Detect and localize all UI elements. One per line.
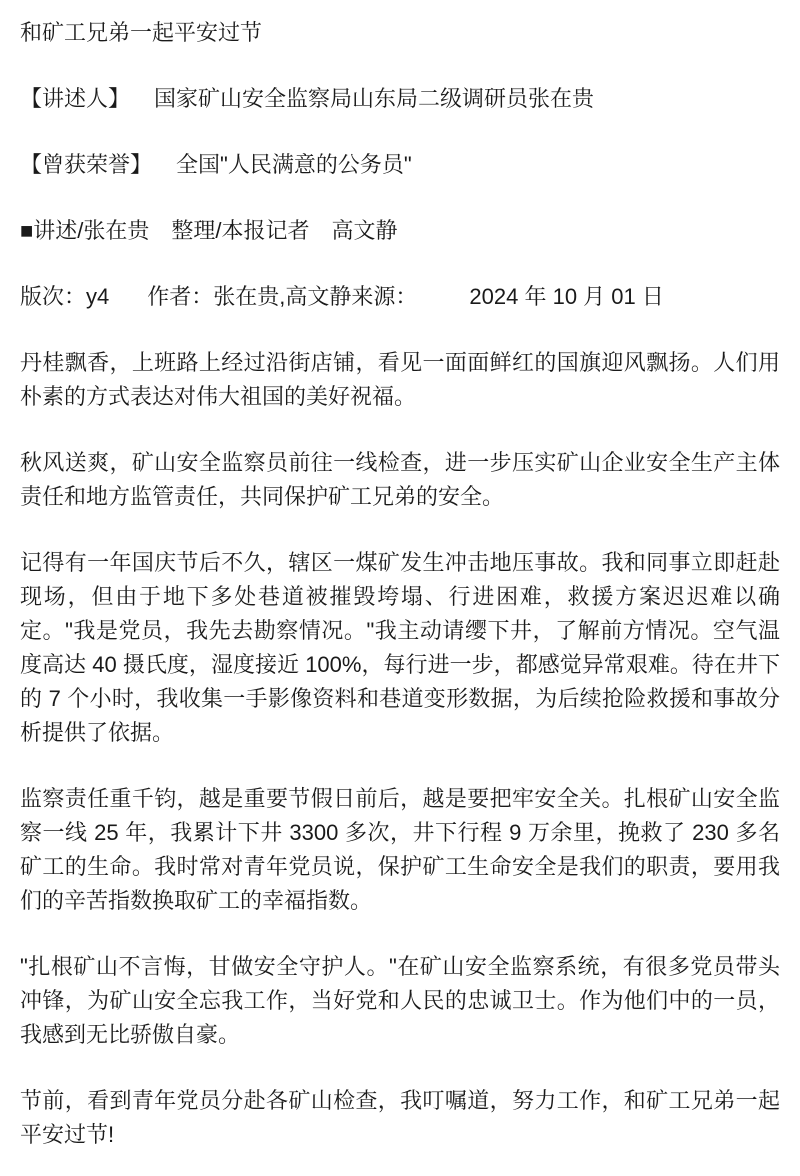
honor-value: 全国"人民满意的公务员" (176, 152, 412, 177)
publish-date: 2024 年 10 月 01 日 (469, 284, 663, 309)
article-page: { "page": { "background": "#ffffff", "te… (0, 0, 800, 1152)
article: 和矿工兄弟一起平安过节 【讲述人】国家矿山安全监察局山东局二级调研员张在贵 【曾… (20, 16, 780, 1152)
body-paragraph: 丹桂飘香，上班路上经过沿街店铺，看见一面面鲜红的国旗迎风飘扬。人们用朴素的方式表… (20, 346, 780, 414)
body-paragraph: 秋风送爽，矿山安全监察员前往一线检查，进一步压实矿山企业安全生产主体责任和地方监… (20, 446, 780, 514)
honor-label: 【曾获荣誉】 (20, 152, 152, 177)
edition-value: y4 (86, 284, 109, 309)
byline-text: 讲述/张在贵 整理/本报记者 高文静 (33, 218, 397, 243)
article-title: 和矿工兄弟一起平安过节 (20, 16, 780, 50)
body-paragraph: "扎根矿山不言悔，甘做安全守护人。"在矿山安全监察系统，有很多党员带头冲锋，为矿… (20, 950, 780, 1052)
edition-label: 版次： (20, 284, 86, 309)
narrator-label: 【讲述人】 (20, 86, 130, 111)
author-value: 张在贵,高文静 (213, 284, 351, 309)
author-label: 作者： (147, 284, 213, 309)
body-paragraph: 记得有一年国庆节后不久，辖区一煤矿发生冲击地压事故。我和同事立即赶赴现场，但由于… (20, 546, 780, 750)
meta-line: 版次：y4作者：张在贵,高文静来源：2024 年 10 月 01 日 (20, 280, 780, 314)
source-label: 来源： (351, 284, 417, 309)
body-paragraph: 节前，看到青年党员分赴各矿山检查，我叮嘱道，努力工作，和矿工兄弟一起平安过节! (20, 1084, 780, 1152)
narrator-name: 国家矿山安全监察局山东局二级调研员张在贵 (154, 86, 594, 111)
body-paragraph: 监察责任重千钧，越是重要节假日前后，越是要把牢安全关。扎根矿山安全监察一线 25… (20, 782, 780, 918)
byline: ■讲述/张在贵 整理/本报记者 高文静 (20, 214, 780, 248)
square-bullet-icon: ■ (20, 214, 33, 248)
article-body: 丹桂飘香，上班路上经过沿街店铺，看见一面面鲜红的国旗迎风飘扬。人们用朴素的方式表… (20, 346, 780, 1152)
narrator-line: 【讲述人】国家矿山安全监察局山东局二级调研员张在贵 (20, 82, 780, 116)
honor-line: 【曾获荣誉】全国"人民满意的公务员" (20, 148, 780, 182)
